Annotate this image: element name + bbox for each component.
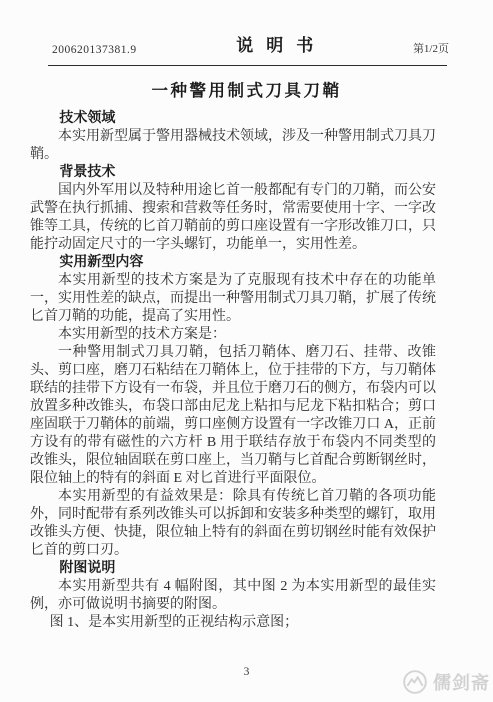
mountain-circle-logo-icon (402, 669, 428, 695)
header-divider (48, 65, 447, 66)
section-paragraph: 本实用新型的有益效果是：除具有传统匕首刀鞘的各项功能外，同时配带有系列改锥头可以… (30, 488, 436, 560)
section-paragraph: 本实用新型的技术方案是为了克服现有技术中存在的功能单一，实用性差的缺点，而提出一… (30, 272, 436, 326)
patent-specification-page: 200620137381.9 说明书 第1/2页 一种警用制式刀具刀鞘 技术领域… (0, 0, 493, 702)
section-brief-description-of-drawings: 附图说明 本实用新型共有 4 幅附图，其中图 2 为本实用新型的最佳实例，亦可做… (30, 560, 436, 632)
watermark: 儒剑斋 (402, 669, 490, 695)
watermark-text: 儒剑斋 (433, 669, 490, 695)
section-paragraph: 国内外军用以及特种用途匕首一般都配有专门的刀鞘，而公安武警在执行抓捕、搜索和营救… (30, 182, 436, 254)
section-heading: 实用新型内容 (30, 254, 436, 272)
section-technical-field: 技术领域 本实用新型属于警用器械技术领域，涉及一种警用制式刀具刀鞘。 (30, 110, 436, 164)
section-utility-model-content: 实用新型内容 本实用新型的技术方案是为了克服现有技术中存在的功能单一，实用性差的… (30, 254, 436, 560)
section-paragraph: 本实用新型的技术方案是： (30, 326, 436, 344)
invention-title: 一种警用制式刀具刀鞘 (0, 77, 493, 101)
section-paragraph: 一种警用制式刀具刀鞘，包括刀鞘体、磨刀石、挂带、改锥头、剪口座，磨刀石粘结在刀鞘… (30, 344, 436, 488)
figure-caption-line: 图 1、是本实用新型的正视结构示意图； (30, 614, 436, 632)
application-number: 200620137381.9 (52, 44, 137, 56)
section-background-art: 背景技术 国内外军用以及特种用途匕首一般都配有专门的刀鞘，而公安武警在执行抓捕、… (30, 164, 436, 254)
page-indicator: 第1/2页 (413, 40, 449, 56)
document-body: 技术领域 本实用新型属于警用器械技术领域，涉及一种警用制式刀具刀鞘。 背景技术 … (30, 110, 436, 632)
page-header: 200620137381.9 说明书 第1/2页 (52, 31, 449, 56)
section-paragraph: 本实用新型共有 4 幅附图，其中图 2 为本实用新型的最佳实例，亦可做说明书摘要… (30, 578, 436, 614)
section-heading: 技术领域 (30, 110, 436, 128)
section-heading: 附图说明 (30, 560, 436, 578)
section-heading: 背景技术 (30, 164, 436, 182)
doc-type-title: 说明书 (236, 31, 326, 56)
section-paragraph: 本实用新型属于警用器械技术领域，涉及一种警用制式刀具刀鞘。 (30, 128, 436, 164)
